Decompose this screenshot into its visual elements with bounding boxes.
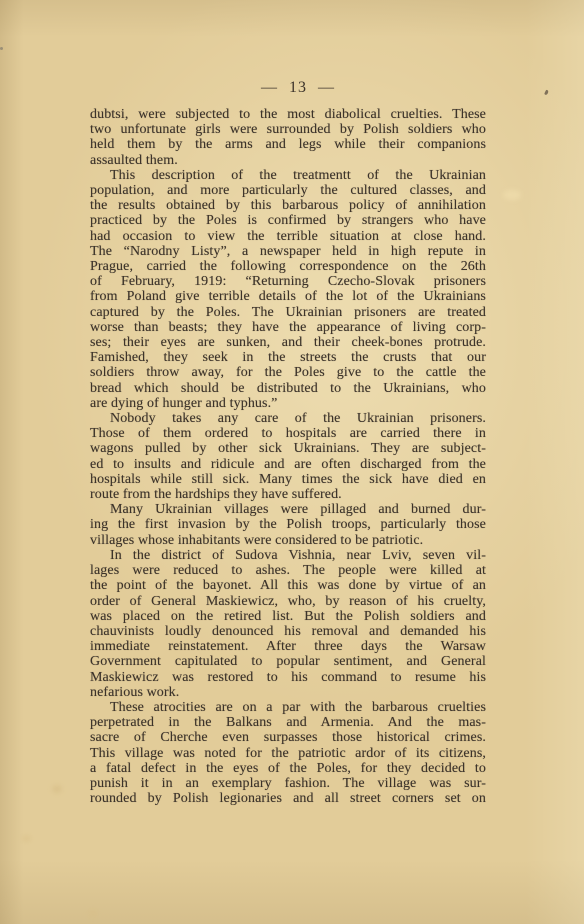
text-line: nefarious work. [90, 685, 486, 700]
text-line: This description of the treatmentt of th… [90, 168, 486, 183]
text-line: This village was noted for the patriotic… [90, 746, 486, 761]
text-line: population, and more particularly the cu… [90, 183, 486, 198]
text-line: had occasion to view the terrible situat… [90, 229, 486, 244]
text-line: These atrocities are on a par with the b… [90, 700, 486, 715]
text-line: route from the hardships they have suffe… [90, 487, 486, 502]
text-line: held them by the arms and legs while the… [90, 137, 486, 152]
text-line: captured by the Poles. The Ukrainian pri… [90, 305, 486, 320]
text-line: punish it in an exemplary fashion. The v… [90, 776, 486, 791]
scan-smudge [88, 910, 98, 917]
text-line: chauvinists loudly denounced his removal… [90, 624, 486, 639]
text-line: lages were reduced to ashes. The people … [90, 563, 486, 578]
text-line: immediate reinstatement. After three day… [90, 639, 486, 654]
text-line: assaulted them. [90, 153, 486, 168]
text-line: In the district of Sudova Vishnia, near … [90, 548, 486, 563]
paragraph: This description of the treatmentt of th… [90, 168, 486, 411]
text-line: Maskiewicz was restored to his command t… [90, 670, 486, 685]
paragraph: These atrocities are on a par with the b… [90, 700, 486, 806]
paragraph: In the district of Sudova Vishnia, near … [90, 548, 486, 700]
text-line: Government capitulated to popular sentim… [90, 654, 486, 669]
text-line: order of General Maskiewicz, who, by rea… [90, 594, 486, 609]
page-header: — 13 — [100, 79, 496, 97]
text-line: sacre of Cherche even surpasses those hi… [90, 730, 486, 745]
text-line: a fatal defect in the eyes of the Poles,… [90, 761, 486, 776]
paragraph: dubtsi, were subjected to the most diabo… [90, 107, 486, 168]
scan-smudge [52, 785, 62, 793]
scan-speck [0, 47, 3, 50]
text-line: bread which should be distributed to the… [90, 381, 486, 396]
text-line: from Poland give terrible details of the… [90, 289, 486, 304]
text-line: ses; their eyes are sunken, and their ch… [90, 335, 486, 350]
page-number: 13 [289, 79, 307, 96]
text-line: Prague, carried the following correspond… [90, 259, 486, 274]
header-dash-left: — [261, 79, 278, 96]
text-line: worse than beasts; they have the appeara… [90, 320, 486, 335]
text-line: of February, 1919: “Returning Czecho-Slo… [90, 274, 486, 289]
text-line: Many Ukrainian villages were pillaged an… [90, 502, 486, 517]
text-line: rounded by Polish legionaries and all st… [90, 791, 486, 806]
text-line: two unfortunate girls were surrounded by… [90, 122, 486, 137]
text-line: perpetrated in the Balkans and Armenia. … [90, 715, 486, 730]
text-line: Those of them ordered to hospitals are c… [90, 426, 486, 441]
text-line: wagons pulled by other sick Ukrainians. … [90, 441, 486, 456]
text-line: Famished, they seek in the streets the c… [90, 350, 486, 365]
text-block: dubtsi, were subjected to the most diabo… [90, 107, 486, 806]
text-line: are dying of hunger and typhus.” [90, 396, 486, 411]
paragraph: Many Ukrainian villages were pillaged an… [90, 502, 486, 548]
text-line: dubtsi, were subjected to the most diabo… [90, 107, 486, 122]
text-line: Nobody takes any care of the Ukrainian p… [90, 411, 486, 426]
text-line: the point of the bayonet. All this was d… [90, 578, 486, 593]
text-line: was placed on the retired list. But the … [90, 609, 486, 624]
text-line: The “Narodny Listy”, a newspaper held in… [90, 244, 486, 259]
text-line: the results obtained by this barbarous p… [90, 198, 486, 213]
paragraph: Nobody takes any care of the Ukrainian p… [90, 411, 486, 502]
text-line: villages whose inhabitants were consider… [90, 533, 486, 548]
scan-speck [544, 90, 549, 96]
text-line: ed to insults and ridicule and are often… [90, 457, 486, 472]
scan-smudge [22, 835, 31, 842]
book-page: — 13 — dubtsi, were subjected to the mos… [0, 0, 584, 924]
text-line: hospitals while still sick. Many times t… [90, 472, 486, 487]
header-dash-right: — [318, 79, 335, 96]
text-line: soldiers throw away, for the Poles give … [90, 365, 486, 380]
text-line: practiced by the Poles is confirmed by s… [90, 213, 486, 228]
text-line: ing the first invasion by the Polish tro… [90, 517, 486, 532]
scan-smudge [503, 190, 521, 200]
